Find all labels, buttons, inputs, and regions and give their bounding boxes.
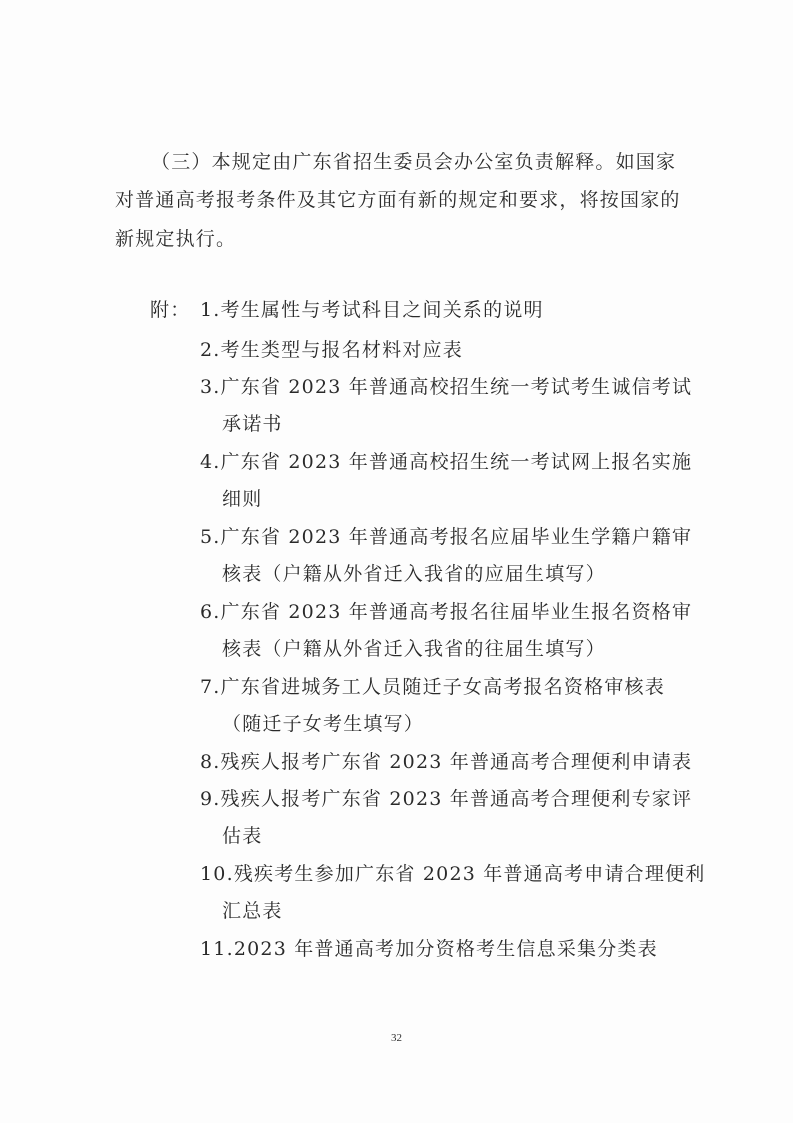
attachment-number: 9. [200,788,221,810]
paragraph-line: 对普通高考报考条件及其它方面有新的规定和要求，将按国家的 [115,188,681,212]
attachment-title-continuation: 细则 [222,487,262,511]
attachment-title: 残疾人报考广东省 2023 年普通高考合理便利申请表 [221,751,693,773]
attachment-number: 10. [200,863,234,885]
attachment-title: 2023 年普通高考加分资格考生信息采集分类表 [234,938,658,960]
attachment-title: 残疾人报考广东省 2023 年普通高考合理便利专家评 [221,788,693,810]
attachment-title: 广东省 2023 年普通高校招生统一考试考生诚信考试 [221,376,693,398]
attachment-number: 2. [200,339,221,361]
attachment-number: 11. [200,938,234,960]
attachment-number: 4. [200,451,221,473]
attachment-title: 广东省进城务工人员随迁子女高考报名资格审核表 [221,676,665,698]
attachment-number: 7. [200,676,221,698]
attachment-number: 1. [200,299,221,321]
attachment-number: 3. [200,376,221,398]
attachment-title-continuation: （随迁子女考生填写） [222,712,424,736]
attachment-title-continuation: 汇总表 [222,899,283,923]
attachment-title: 残疾考生参加广东省 2023 年普通高考申请合理便利 [234,863,706,885]
paragraph-line: 新规定执行。 [115,227,236,251]
attachment-title: 广东省 2023 年普通高校招生统一考试网上报名实施 [221,451,693,473]
attachment-title: 广东省 2023 年普通高考报名应届毕业生学籍户籍审 [221,526,693,548]
attachment-title-continuation: 承诺书 [222,412,283,436]
attachment-title-continuation: 估表 [222,824,262,848]
attachment-title-continuation: 核表（户籍从外省迁入我省的往届生填写） [222,637,606,661]
attachment-number: 8. [200,751,221,773]
attachment-title-continuation: 核表（户籍从外省迁入我省的应届生填写） [222,562,606,586]
attachments-label: 附： [150,298,190,322]
paragraph-line: （三）本规定由广东省招生委员会办公室负责解释。如国家 [151,150,676,174]
attachment-title: 广东省 2023 年普通高考报名往届毕业生报名资格审 [221,601,693,623]
attachment-title: 考生类型与报名材料对应表 [221,339,463,361]
page-number: 32 [0,1032,793,1044]
document-page: （三）本规定由广东省招生委员会办公室负责解释。如国家 对普通高考报考条件及其它方… [0,0,793,1123]
attachment-title: 考生属性与考试科目之间关系的说明 [221,299,544,321]
attachment-number: 6. [200,601,221,623]
attachment-number: 5. [200,526,221,548]
